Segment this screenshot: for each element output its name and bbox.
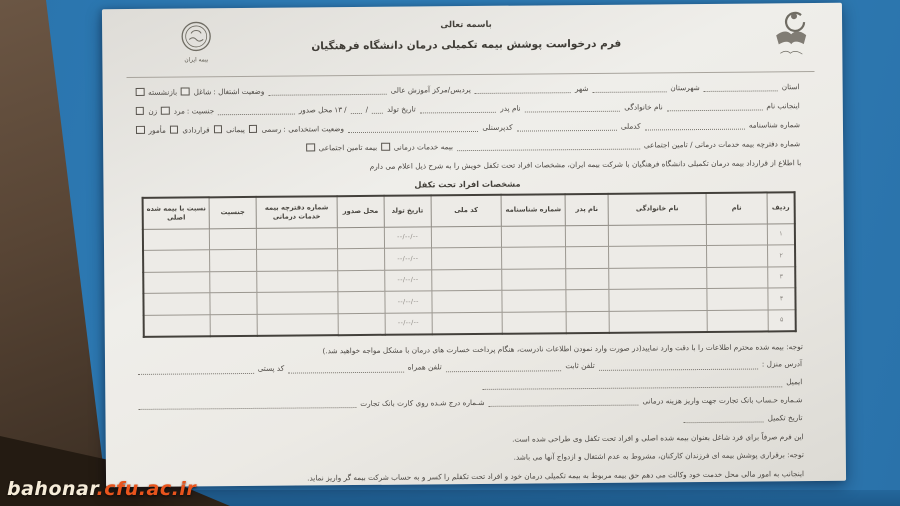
empty-cell xyxy=(706,245,767,267)
bank-account-label: شـماره حـساب بانک تجارت جهت واریز هزینه … xyxy=(641,396,803,406)
empty-cell xyxy=(338,270,385,292)
birth-date-cell: --/--/-- xyxy=(385,312,432,334)
empty-cell xyxy=(210,293,257,315)
bank-line: شـماره حـساب بانک تجارت جهت واریز هزینه … xyxy=(135,396,803,410)
contractual-label: قراردادی xyxy=(181,126,210,135)
empty-cell xyxy=(210,314,257,336)
empty-cell xyxy=(257,249,338,271)
col-header-6: تاریخ تولد xyxy=(384,195,431,227)
birth-date-cell: --/--/-- xyxy=(385,291,432,313)
gender-label: جنسیت : xyxy=(186,107,215,116)
empty-cell xyxy=(143,228,210,250)
female-label: زن xyxy=(147,107,158,115)
empty-cell xyxy=(143,271,210,293)
social-security-label: بیمه تامین اجتماعی xyxy=(318,143,379,152)
empty-cell xyxy=(609,246,707,268)
national-code-label: کدملی xyxy=(620,122,642,131)
id-number-label: شماره شناسنامه xyxy=(748,121,801,130)
booklet-number-field xyxy=(457,142,640,152)
empty-cell xyxy=(431,247,502,269)
photo-scene: باسمه تعالی فرم درخواست پوشش بیمه تکمیلی… xyxy=(0,0,900,506)
social-security-checkbox xyxy=(306,143,315,152)
empty-cell xyxy=(566,289,609,311)
employment-type-label: وضعیت استخدامی : xyxy=(282,125,345,134)
family-name-field xyxy=(525,104,621,113)
id-number-field xyxy=(645,122,745,131)
table-row: ۵--/--/-- xyxy=(144,309,796,337)
seconded-label: مأمور xyxy=(147,126,166,135)
name-field xyxy=(667,102,763,111)
col-header-0: ردیف xyxy=(767,192,795,224)
campus-label: پردیس/مرکز آموزش عالی xyxy=(390,86,472,95)
province-label: استان xyxy=(781,83,801,92)
landline-field xyxy=(446,363,562,372)
health-insurance-checkbox xyxy=(381,142,390,151)
city-field xyxy=(475,85,571,94)
note-authorize: اینجانب به امور مالی محل خدمت خود وکالت … xyxy=(136,469,804,484)
col-header-8: شماره دفترچه بیمه خدمات درمانی xyxy=(256,196,337,228)
campus-field xyxy=(268,87,386,96)
form-header: باسمه تعالی فرم درخواست پوشش بیمه تکمیلی… xyxy=(132,11,800,73)
employed-label: شاغل xyxy=(193,88,213,97)
empty-cell xyxy=(257,270,338,292)
empty-cell xyxy=(502,290,566,312)
form-line-location: استان شهرستان شهر پردیس/مرکز آموزش عالی … xyxy=(133,82,801,97)
address-label: آدرس منزل : xyxy=(761,360,803,369)
empty-cell xyxy=(431,269,502,291)
mobile-field xyxy=(288,364,404,373)
card-number-label: شـماره درج شـده روی کارت بانک تجارت xyxy=(359,399,485,408)
i-name-label: اینجانب نام xyxy=(765,102,801,111)
col-header-4: شماره شناسنامه xyxy=(501,194,565,226)
insurer-caption: بیمه ایران xyxy=(180,57,212,63)
issue-place-field xyxy=(218,107,295,116)
iran-insurance-logo: بیمه ایران xyxy=(180,20,212,63)
iran-insurance-logo-icon xyxy=(180,20,212,52)
email-label: ایمیل xyxy=(785,378,803,387)
county-label: شهرستان xyxy=(669,84,700,93)
empty-cell xyxy=(502,311,566,334)
col-header-7: محل صدور xyxy=(337,195,384,227)
completion-date-label: تاریخ تکمیل xyxy=(767,414,804,423)
male-checkbox xyxy=(161,106,170,115)
retired-checkbox xyxy=(136,87,145,96)
form-line-identity: اینجانب نام نام خانوادگی نام پدر تاریخ ت… xyxy=(133,101,801,116)
birth-date-cell: --/--/-- xyxy=(384,226,431,248)
form-title: فرم درخواست پوشش بیمه تکمیلی درمان دانشگ… xyxy=(132,36,800,54)
official-label: رسمی xyxy=(260,125,282,134)
completion-date-line: تاریخ تکمیل xyxy=(136,414,804,428)
personnel-code-label: کدپرسنلی xyxy=(481,123,513,132)
empty-cell xyxy=(257,313,338,336)
farhangian-university-logo xyxy=(768,9,814,65)
empty-cell xyxy=(609,310,707,333)
empty-cell xyxy=(337,227,384,249)
note-children: توجه: برقراری پوشش بیمه ای فرزندان کارکن… xyxy=(136,451,804,466)
bismillah-text: باسمه تعالی xyxy=(132,11,800,33)
row-number-cell: ۳ xyxy=(768,266,796,288)
county-field xyxy=(592,84,666,93)
empty-cell xyxy=(209,228,256,250)
email-field xyxy=(482,379,782,390)
table-surface-edge xyxy=(120,490,900,506)
empty-cell xyxy=(502,247,566,269)
pact-label: پیمانی xyxy=(225,126,246,135)
birth-day-field xyxy=(372,106,383,114)
care-note: توجه: بیمه شده محترم اطلاعات را با دقت و… xyxy=(135,342,803,357)
empty-cell xyxy=(432,312,503,335)
note-only-employee: این فرم صرفاً برای فرد شاغل بعنوان بیمه … xyxy=(136,432,804,447)
watermark-url: bahonar.cfu.ac.ir xyxy=(7,478,196,500)
farhangian-university-logo-icon xyxy=(768,9,814,61)
col-header-9: جنسیت xyxy=(209,197,256,229)
empty-cell xyxy=(609,289,707,311)
employed-checkbox xyxy=(181,87,190,96)
national-code-field xyxy=(517,123,617,132)
empty-cell xyxy=(707,288,768,310)
col-header-3: نام پدر xyxy=(565,193,608,225)
female-checkbox xyxy=(136,106,145,115)
booklet-number-label: شماره دفترچه بیمه خدمات درمانی / تامین ا… xyxy=(643,140,801,150)
province-field xyxy=(704,83,778,92)
col-header-1: نام xyxy=(706,192,768,224)
birth-date-label: تاریخ تولد xyxy=(386,105,417,114)
col-header-5: کد ملی xyxy=(431,194,502,226)
insurance-form-paper: باسمه تعالی فرم درخواست پوشش بیمه تکمیلی… xyxy=(102,3,846,487)
birth-date-cell: --/--/-- xyxy=(384,269,431,291)
issue-place-label: محل صدور xyxy=(298,106,334,115)
date-slash: / xyxy=(365,106,370,114)
contractual-checkbox xyxy=(170,125,179,134)
email-line: ایمیل xyxy=(135,378,803,392)
empty-cell xyxy=(257,292,338,314)
mobile-label: تلفن همراه xyxy=(407,363,443,372)
row-number-cell: ۱ xyxy=(767,223,795,245)
col-header-10: نسبت با بیمه شده اصلی xyxy=(143,197,210,229)
empty-cell xyxy=(566,268,609,290)
empty-cell xyxy=(707,310,768,333)
empty-cell xyxy=(338,313,385,335)
empty-cell xyxy=(502,268,566,290)
empty-cell xyxy=(501,225,565,247)
male-label: مرد xyxy=(173,107,186,116)
bank-account-field xyxy=(489,398,639,407)
pact-checkbox xyxy=(214,125,223,134)
dependents-table: ردیفنامنام خانوادگینام پدرشماره شناسنامه… xyxy=(142,191,797,338)
empty-cell xyxy=(256,227,337,249)
contact-line: آدرس منزل : تلفن ثابت تلفن همراه کد پستی xyxy=(135,360,803,374)
official-checkbox xyxy=(249,124,258,133)
col-header-2: نام خانوادگی xyxy=(608,193,706,225)
health-insurance-label: بیمه خدمات درمانی xyxy=(393,143,454,152)
empty-cell xyxy=(707,267,768,289)
empty-cell xyxy=(565,225,608,247)
father-name-label: نام پدر xyxy=(499,104,522,113)
empty-cell xyxy=(338,291,385,313)
declaration-text: با اطلاع از قرارداد بیمه درمان تکمیلی دا… xyxy=(133,158,801,173)
empty-cell xyxy=(210,250,257,272)
row-number-cell: ۵ xyxy=(768,309,796,331)
empty-cell xyxy=(566,246,609,268)
row-number-cell: ۴ xyxy=(768,288,796,310)
birth-month-field xyxy=(351,106,362,114)
father-name-field xyxy=(420,105,497,114)
watermark-site-name: bahonar xyxy=(7,478,97,500)
seconded-checkbox xyxy=(136,125,145,134)
empty-cell xyxy=(609,267,707,289)
year-prefix: ۱۳ xyxy=(333,106,343,114)
family-name-label: نام خانوادگی xyxy=(623,103,664,112)
form-line-booklet: شماره دفترچه بیمه خدمات درمانی / تامین ا… xyxy=(133,139,801,154)
card-number-field xyxy=(138,400,356,410)
form-line-codes: شماره شناسنامه کدملی کدپرسنلی وضعیت استخ… xyxy=(133,120,801,135)
date-slash2: / xyxy=(343,106,348,114)
watermark-domain: .cfu.ac.ir xyxy=(97,478,197,500)
empty-cell xyxy=(432,290,503,312)
birth-date-cell: --/--/-- xyxy=(384,248,431,270)
empty-cell xyxy=(337,248,384,270)
empty-cell xyxy=(144,314,211,337)
retired-label: بازنشسته xyxy=(147,88,178,97)
completion-date-field xyxy=(684,415,764,424)
empty-cell xyxy=(608,224,706,246)
empty-cell xyxy=(706,224,767,246)
dependents-table-title: مشخصات افراد تحت تکفل xyxy=(133,176,801,192)
row-number-cell: ۲ xyxy=(768,245,796,267)
empty-cell xyxy=(143,250,210,272)
city-label: شهر xyxy=(574,85,590,94)
employment-status-label: وضعیت اشتغال : xyxy=(212,87,265,96)
empty-cell xyxy=(431,226,502,248)
empty-cell xyxy=(143,293,210,315)
postal-label: کد پستی xyxy=(257,365,286,374)
empty-cell xyxy=(566,311,609,333)
personnel-code-field xyxy=(348,124,478,133)
line4-spacer xyxy=(133,152,303,153)
landline-label: تلفن ثابت xyxy=(564,362,596,371)
postal-field xyxy=(138,366,254,375)
address-field xyxy=(599,361,758,370)
empty-cell xyxy=(210,271,257,293)
